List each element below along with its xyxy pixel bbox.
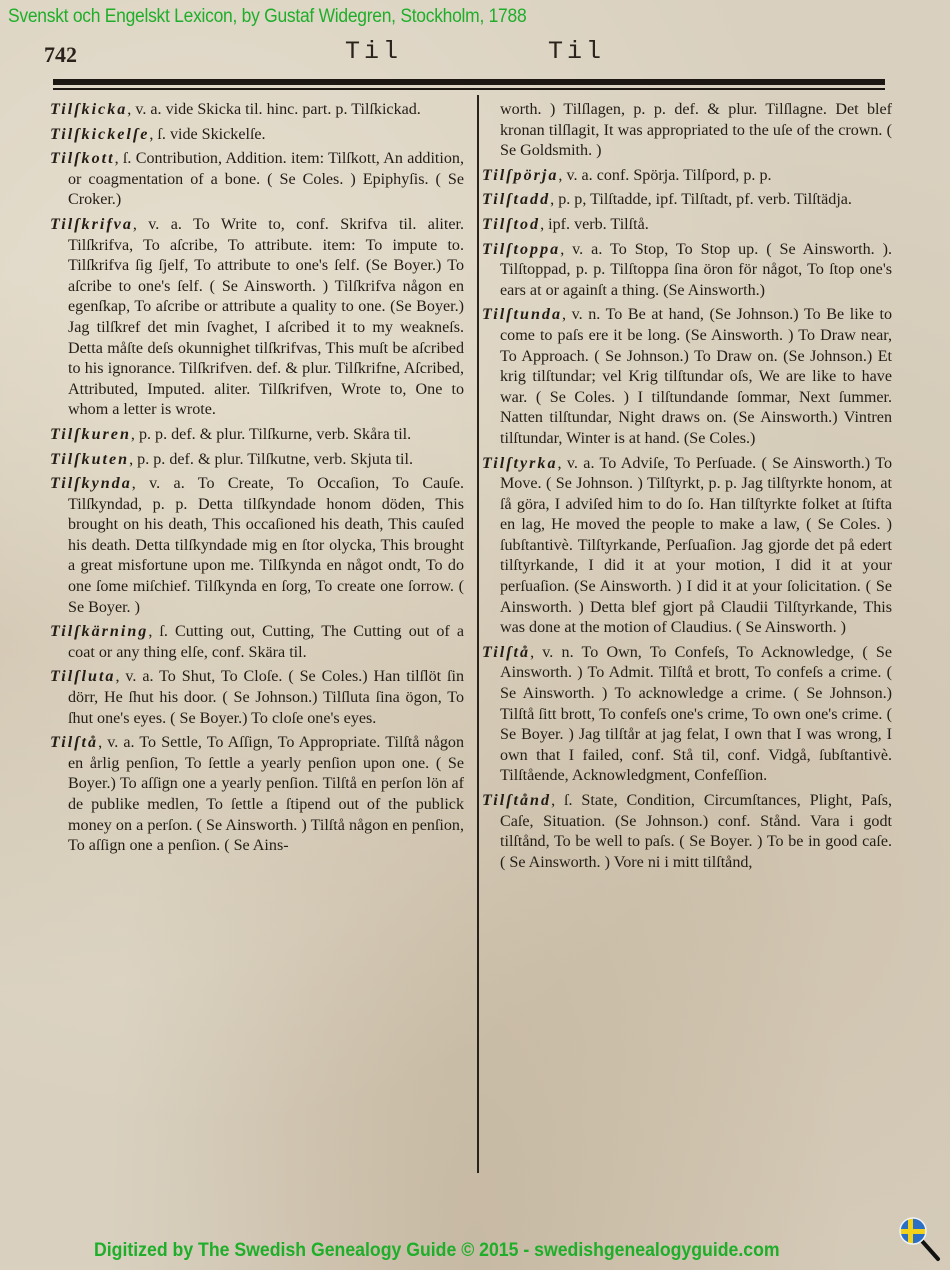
page-number: 742 — [44, 42, 77, 68]
entry-body: , ſ. State, Condition, Circumſtances, Pl… — [500, 792, 892, 871]
dictionary-entry: Tilſkynda, v. a. To Create, To Occaſion,… — [50, 474, 464, 618]
headword: Tilſkärning — [50, 623, 148, 640]
entry-body: , v. a. To Settle, To Aſſign, To Appropr… — [68, 734, 464, 854]
headword: Tilſkickelſe — [50, 126, 149, 143]
headword: Tilſtoppa — [482, 241, 560, 258]
dictionary-entry: Tilſkrifva, v. a. To Write to, conf. Skr… — [50, 215, 464, 421]
dictionary-entry: Tilſkott, ſ. Contribution, Addition. ite… — [50, 149, 464, 211]
dictionary-entry: Tilſtånd, ſ. State, Condition, Circumſta… — [482, 791, 892, 873]
entry-body: , v. n. To Own, To Confeſs, To Acknowled… — [500, 644, 892, 785]
headword: Tilſluta — [50, 668, 115, 685]
headword: Tilſkott — [50, 150, 115, 167]
headword: Tilſkicka — [50, 101, 127, 118]
entry-body: , v. a. To Shut, To Cloſe. ( Se Coles.) … — [68, 668, 464, 726]
dictionary-entry: Tilſkickelſe, ſ. vide Skickelſe. — [50, 125, 464, 146]
entry-body: , ſ. Contribution, Addition. item: Tilſk… — [68, 150, 464, 208]
dictionary-entry: Tilſkicka, v. a. vide Skicka til. hinc. … — [50, 100, 464, 121]
dictionary-entry: Tilſtå, v. n. To Own, To Confeſs, To Ack… — [482, 643, 892, 787]
headword: Tilſtånd — [482, 792, 551, 809]
headword: Tilſkynda — [50, 475, 132, 492]
headword: Tilſtod — [482, 216, 540, 233]
entry-body: , v. a. To Adviſe, To Perſuade. ( Se Ain… — [500, 455, 892, 637]
dictionary-entry: Tilſpörja, v. a. conf. Spörja. Tilſpord,… — [482, 166, 892, 187]
entry-body: , v. a. To Create, To Occaſion, To Cauſe… — [68, 475, 464, 616]
dictionary-entry: Tilſtå, v. a. To Settle, To Aſſign, To A… — [50, 733, 464, 857]
headword: Tilſtyrka — [482, 455, 558, 472]
entry-body: , ſ. vide Skickelſe. — [149, 126, 265, 143]
dictionary-entry-continuation: worth. ) Tilſlagen, p. p. def. & plur. T… — [482, 100, 892, 162]
right-column: worth. ) Tilſlagen, p. p. def. & plur. T… — [482, 100, 892, 877]
headword: Tilſtunda — [482, 306, 562, 323]
header-rule-thin — [53, 88, 885, 90]
swedish-flag-magnifier-icon[interactable] — [893, 1213, 945, 1265]
left-column: Tilſkicka, v. a. vide Skicka til. hinc. … — [50, 100, 464, 861]
entry-body: , v. a. vide Skicka til. hinc. part. p. … — [127, 101, 421, 118]
headword: Tilſtadd — [482, 191, 550, 208]
running-head-right: Til — [548, 37, 605, 66]
headword: Tilſkuten — [50, 451, 129, 468]
entry-body: , p. p, Tilſtadde, ipf. Tilſtadt, pf. ve… — [550, 191, 852, 208]
dictionary-entry: Tilſkärning, ſ. Cutting out, Cutting, Th… — [50, 622, 464, 663]
entry-body: , v. n. To Be at hand, (Se Johnson.) To … — [500, 306, 892, 447]
dictionary-entry: Tilſtadd, p. p, Tilſtadde, ipf. Tilſtadt… — [482, 190, 892, 211]
dictionary-entry: Tilſkuten, p. p. def. & plur. Tilſkutne,… — [50, 450, 464, 471]
dictionary-entry: Tilſtyrka, v. a. To Adviſe, To Perſuade.… — [482, 454, 892, 639]
dictionary-entry: Tilſtoppa, v. a. To Stop, To Stop up. ( … — [482, 240, 892, 302]
headword: Tilſkrifva — [50, 216, 133, 233]
dictionary-entry: Tilſtunda, v. n. To Be at hand, (Se John… — [482, 305, 892, 449]
entry-body: , v. a. conf. Spörja. Tilſpord, p. p. — [558, 167, 771, 184]
headword: Tilſtå — [482, 644, 530, 661]
dictionary-entry: Tilſtod, ipf. verb. Tilſtå. — [482, 215, 892, 236]
headword: Tilſpörja — [482, 167, 558, 184]
entry-body: , p. p. def. & plur. Tilſkurne, verb. Sk… — [131, 426, 411, 443]
entry-body: worth. ) Tilſlagen, p. p. def. & plur. T… — [500, 101, 892, 159]
headword: Tilſtå — [50, 734, 98, 751]
entry-body: , v. a. To Write to, conf. Skrifva til. … — [68, 216, 464, 418]
entry-body: , p. p. def. & plur. Tilſkutne, verb. Sk… — [129, 451, 413, 468]
entry-body: , ipf. verb. Tilſtå. — [540, 216, 649, 233]
site-title: Svenskt och Engelskt Lexicon, by Gustaf … — [8, 6, 526, 28]
running-head-left: Til — [345, 37, 402, 66]
header-rule-thick — [53, 79, 885, 85]
headword: Tilſkuren — [50, 426, 131, 443]
column-divider — [477, 95, 479, 1173]
footer-credit: Digitized by The Swedish Genealogy Guide… — [94, 1240, 780, 1262]
dictionary-entry: Tilſluta, v. a. To Shut, To Cloſe. ( Se … — [50, 667, 464, 729]
dictionary-entry: Tilſkuren, p. p. def. & plur. Tilſkurne,… — [50, 425, 464, 446]
